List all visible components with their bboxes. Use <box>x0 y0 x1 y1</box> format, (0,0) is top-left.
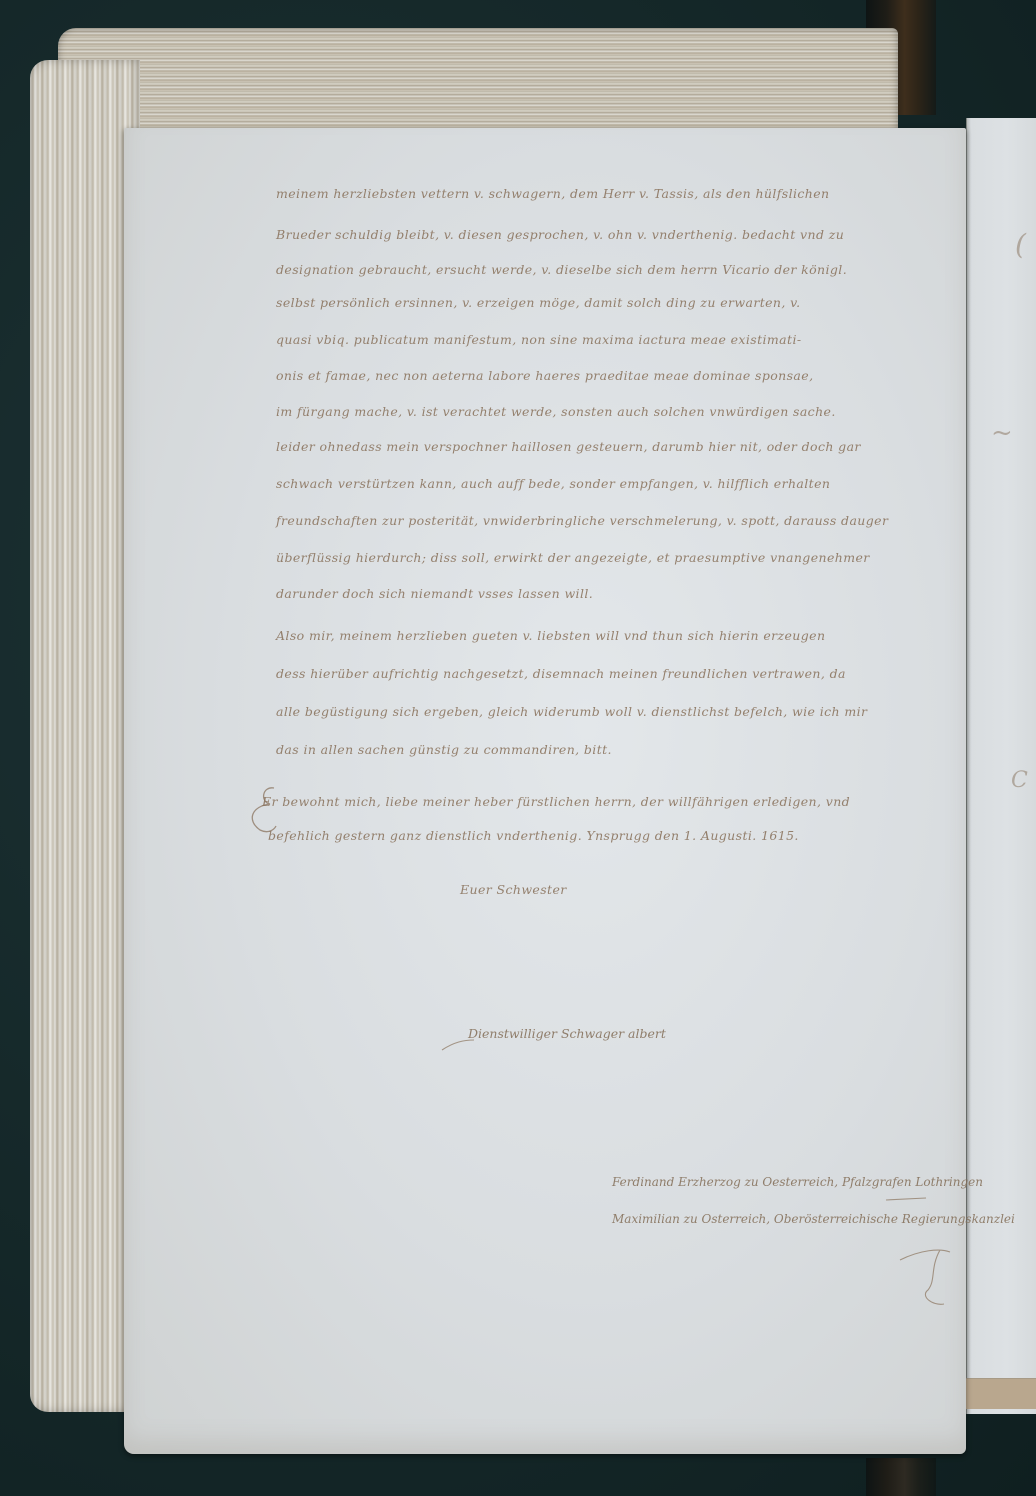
text-line: onis et famae, nec non aeterna labore ha… <box>276 368 813 383</box>
text-line: Brueder schuldig bleibt, v. diesen gespr… <box>276 227 844 242</box>
text-line: selbst persönlich ersinnen, v. erzeigen … <box>276 295 801 310</box>
text-line: alle begüstigung sich ergeben, gleich wi… <box>276 704 867 719</box>
text-line-salutation: Euer Schwester <box>460 882 567 897</box>
facing-page-mark: C <box>1011 768 1028 793</box>
text-line: meinem herzliebsten vettern v. schwagern… <box>276 186 829 201</box>
text-line: überflüssig hierdurch; diss soll, erwirk… <box>276 550 870 565</box>
closing-signature: Dienstwilliger Schwager albert <box>468 1026 666 1041</box>
text-line: quasi vbiq. publicatum manifestum, non s… <box>276 332 801 347</box>
text-line: designation gebraucht, ersucht werde, v.… <box>276 262 847 277</box>
text-line: befehlich gestern ganz dienstlich vndert… <box>268 828 799 843</box>
page-stack-top-edge <box>58 28 898 138</box>
text-line: freundschaften zur posterität, vnwiderbr… <box>276 513 888 528</box>
text-line: schwach verstürtzen kann, auch auff bede… <box>276 476 830 491</box>
text-line: darunder doch sich niemandt vsses lassen… <box>276 586 593 601</box>
text-line: Er bewohnt mich, liebe meiner heber fürs… <box>262 794 850 809</box>
address-line: Maximilian zu Osterreich, Oberösterreich… <box>612 1212 1015 1226</box>
facing-page-mark: ~ <box>991 418 1013 448</box>
text-line: dess hierüber aufrichtig nachgesetzt, di… <box>276 666 846 681</box>
text-line: leider ohnedass mein verspochner haillos… <box>276 439 861 454</box>
facing-page-mark: ( <box>1015 228 1026 261</box>
text-line: Also mir, meinem herzlieben gueten v. li… <box>276 628 825 643</box>
facing-page-tab <box>966 1378 1036 1409</box>
address-line: Ferdinand Erzherzog zu Oesterreich, Pfal… <box>612 1175 983 1189</box>
manuscript-page <box>124 128 966 1454</box>
text-line: das in allen sachen günstig zu commandir… <box>276 742 612 757</box>
text-line: im fürgang mache, v. ist verachtet werde… <box>276 404 836 419</box>
book-binding-bottom <box>866 1458 936 1496</box>
